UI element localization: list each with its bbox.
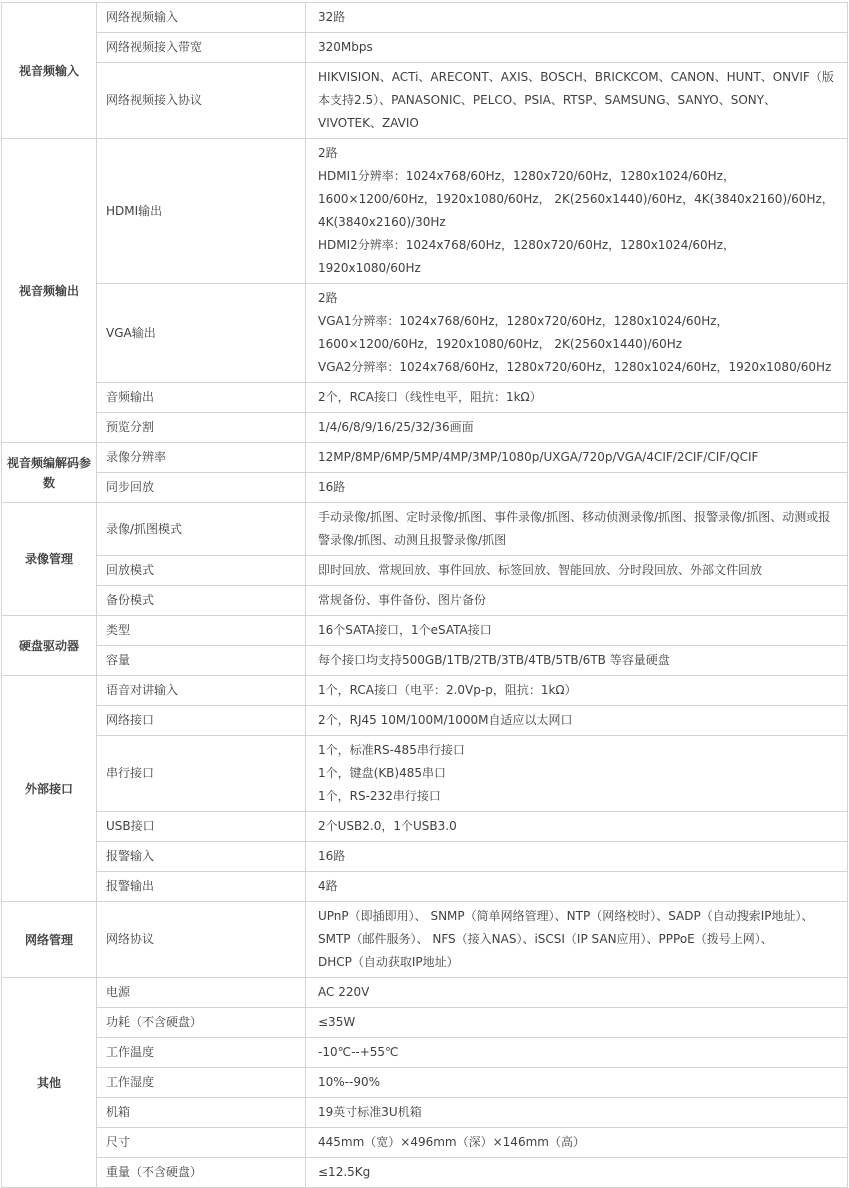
spec-row: 音频输出2个，RCA接口（线性电平，阻抗：1kΩ） <box>2 383 848 413</box>
spec-label-cell: 工作湿度 <box>97 1068 306 1098</box>
spec-label-cell: HDMI输出 <box>97 139 306 284</box>
spec-row: 视音频输出HDMI输出2路 HDMI1分辨率：1024x768/60Hz，128… <box>2 139 848 284</box>
spec-value-cell: 1/4/6/8/9/16/25/32/36画面 <box>306 413 848 443</box>
spec-label-cell: VGA输出 <box>97 284 306 383</box>
spec-value-cell: 16路 <box>306 473 848 503</box>
spec-value-cell: 10%--90% <box>306 1068 848 1098</box>
spec-label-cell: 录像分辨率 <box>97 443 306 473</box>
spec-row: 网络视频接入带宽320Mbps <box>2 33 848 63</box>
spec-row: 视音频输入网络视频输入32路 <box>2 3 848 33</box>
spec-label-cell: 录像/抓图模式 <box>97 503 306 556</box>
spec-value-cell: 每个接口均支持500GB/1TB/2TB/3TB/4TB/5TB/6TB 等容量… <box>306 646 848 676</box>
spec-value-cell: AC 220V <box>306 978 848 1008</box>
category-cell: 硬盘驱动器 <box>2 616 97 676</box>
spec-row: 硬盘驱动器类型16个SATA接口，1个eSATA接口 <box>2 616 848 646</box>
spec-row: VGA输出2路 VGA1分辨率：1024x768/60Hz，1280x720/6… <box>2 284 848 383</box>
spec-value-cell: 2个USB2.0，1个USB3.0 <box>306 812 848 842</box>
category-cell: 录像管理 <box>2 503 97 616</box>
spec-label-cell: 机箱 <box>97 1098 306 1128</box>
spec-value-cell: 2个，RJ45 10M/100M/1000M自适应以太网口 <box>306 706 848 736</box>
spec-value-cell: 445mm（宽）×496mm（深）×146mm（高） <box>306 1128 848 1158</box>
spec-row: 其他电源AC 220V <box>2 978 848 1008</box>
spec-label-cell: 容量 <box>97 646 306 676</box>
spec-row: 录像管理录像/抓图模式手动录像/抓图、定时录像/抓图、事件录像/抓图、移动侦测录… <box>2 503 848 556</box>
category-cell: 视音频输出 <box>2 139 97 443</box>
spec-row: 重量（不含硬盘）≤12.5Kg <box>2 1158 848 1188</box>
spec-row: 报警输出4路 <box>2 872 848 902</box>
category-cell: 视音频编解码参数 <box>2 443 97 503</box>
spec-table-body: 视音频输入网络视频输入32路网络视频接入带宽320Mbps网络视频接入协议HIK… <box>2 3 848 1188</box>
spec-row: 工作湿度10%--90% <box>2 1068 848 1098</box>
spec-value-cell: 常规备份、事件备份、图片备份 <box>306 586 848 616</box>
spec-value-cell: 1个，RCA接口（电平：2.0Vp-p，阻抗：1kΩ） <box>306 676 848 706</box>
spec-value-cell: HIKVISION、ACTi、ARECONT、AXIS、BOSCH、BRICKC… <box>306 63 848 139</box>
spec-value-cell: 12MP/8MP/6MP/5MP/4MP/3MP/1080p/UXGA/720p… <box>306 443 848 473</box>
spec-row: 报警输入16路 <box>2 842 848 872</box>
spec-value-cell: ≤12.5Kg <box>306 1158 848 1188</box>
spec-label-cell: 回放模式 <box>97 556 306 586</box>
spec-label-cell: 报警输出 <box>97 872 306 902</box>
spec-row: 功耗（不含硬盘）≤35W <box>2 1008 848 1038</box>
spec-value-cell: -10℃--+55℃ <box>306 1038 848 1068</box>
spec-page: 视音频输入网络视频输入32路网络视频接入带宽320Mbps网络视频接入协议HIK… <box>0 0 849 1188</box>
spec-row: 外部接口语音对讲输入1个，RCA接口（电平：2.0Vp-p，阻抗：1kΩ） <box>2 676 848 706</box>
spec-value-cell: 32路 <box>306 3 848 33</box>
spec-label-cell: 预览分割 <box>97 413 306 443</box>
spec-table: 视音频输入网络视频输入32路网络视频接入带宽320Mbps网络视频接入协议HIK… <box>1 2 848 1188</box>
spec-row: 尺寸445mm（宽）×496mm（深）×146mm（高） <box>2 1128 848 1158</box>
spec-value-cell: 2个，RCA接口（线性电平，阻抗：1kΩ） <box>306 383 848 413</box>
spec-row: 机箱19英寸标准3U机箱 <box>2 1098 848 1128</box>
spec-label-cell: 备份模式 <box>97 586 306 616</box>
spec-value-cell: 2路 HDMI1分辨率：1024x768/60Hz，1280x720/60Hz，… <box>306 139 848 284</box>
category-cell: 视音频输入 <box>2 3 97 139</box>
spec-label-cell: 重量（不含硬盘） <box>97 1158 306 1188</box>
spec-value-cell: 手动录像/抓图、定时录像/抓图、事件录像/抓图、移动侦测录像/抓图、报警录像/抓… <box>306 503 848 556</box>
spec-row: 容量每个接口均支持500GB/1TB/2TB/3TB/4TB/5TB/6TB 等… <box>2 646 848 676</box>
spec-row: 网络视频接入协议HIKVISION、ACTi、ARECONT、AXIS、BOSC… <box>2 63 848 139</box>
spec-row: 网络管理网络协议UPnP（即插即用）、 SNMP（简单网络管理）、NTP（网络校… <box>2 902 848 978</box>
spec-label-cell: 同步回放 <box>97 473 306 503</box>
spec-label-cell: 音频输出 <box>97 383 306 413</box>
spec-label-cell: 网络接口 <box>97 706 306 736</box>
spec-value-cell: 1个，标准RS-485串行接口 1个，键盘(KB)485串口 1个，RS-232… <box>306 736 848 812</box>
spec-value-cell: 16个SATA接口，1个eSATA接口 <box>306 616 848 646</box>
spec-value-cell: 320Mbps <box>306 33 848 63</box>
spec-row: 同步回放16路 <box>2 473 848 503</box>
spec-label-cell: 报警输入 <box>97 842 306 872</box>
spec-value-cell: 2路 VGA1分辨率：1024x768/60Hz，1280x720/60Hz，1… <box>306 284 848 383</box>
spec-label-cell: 串行接口 <box>97 736 306 812</box>
spec-value-cell: 4路 <box>306 872 848 902</box>
spec-row: 网络接口2个，RJ45 10M/100M/1000M自适应以太网口 <box>2 706 848 736</box>
spec-label-cell: 网络视频接入带宽 <box>97 33 306 63</box>
spec-label-cell: 类型 <box>97 616 306 646</box>
spec-value-cell: 16路 <box>306 842 848 872</box>
spec-label-cell: 功耗（不含硬盘） <box>97 1008 306 1038</box>
spec-value-cell: ≤35W <box>306 1008 848 1038</box>
spec-label-cell: 语音对讲输入 <box>97 676 306 706</box>
spec-row: 视音频编解码参数录像分辨率12MP/8MP/6MP/5MP/4MP/3MP/10… <box>2 443 848 473</box>
spec-row: 预览分割1/4/6/8/9/16/25/32/36画面 <box>2 413 848 443</box>
spec-label-cell: USB接口 <box>97 812 306 842</box>
spec-row: 备份模式常规备份、事件备份、图片备份 <box>2 586 848 616</box>
spec-label-cell: 网络视频输入 <box>97 3 306 33</box>
spec-value-cell: UPnP（即插即用）、 SNMP（简单网络管理）、NTP（网络校时）、SADP（… <box>306 902 848 978</box>
category-cell: 网络管理 <box>2 902 97 978</box>
spec-label-cell: 网络协议 <box>97 902 306 978</box>
spec-row: 工作温度-10℃--+55℃ <box>2 1038 848 1068</box>
spec-label-cell: 工作温度 <box>97 1038 306 1068</box>
spec-label-cell: 网络视频接入协议 <box>97 63 306 139</box>
spec-row: USB接口2个USB2.0，1个USB3.0 <box>2 812 848 842</box>
category-cell: 其他 <box>2 978 97 1188</box>
spec-value-cell: 19英寸标准3U机箱 <box>306 1098 848 1128</box>
category-cell: 外部接口 <box>2 676 97 902</box>
spec-value-cell: 即时回放、常规回放、事件回放、标签回放、智能回放、分时段回放、外部文件回放 <box>306 556 848 586</box>
spec-row: 串行接口1个，标准RS-485串行接口 1个，键盘(KB)485串口 1个，RS… <box>2 736 848 812</box>
spec-label-cell: 尺寸 <box>97 1128 306 1158</box>
spec-row: 回放模式即时回放、常规回放、事件回放、标签回放、智能回放、分时段回放、外部文件回… <box>2 556 848 586</box>
spec-label-cell: 电源 <box>97 978 306 1008</box>
